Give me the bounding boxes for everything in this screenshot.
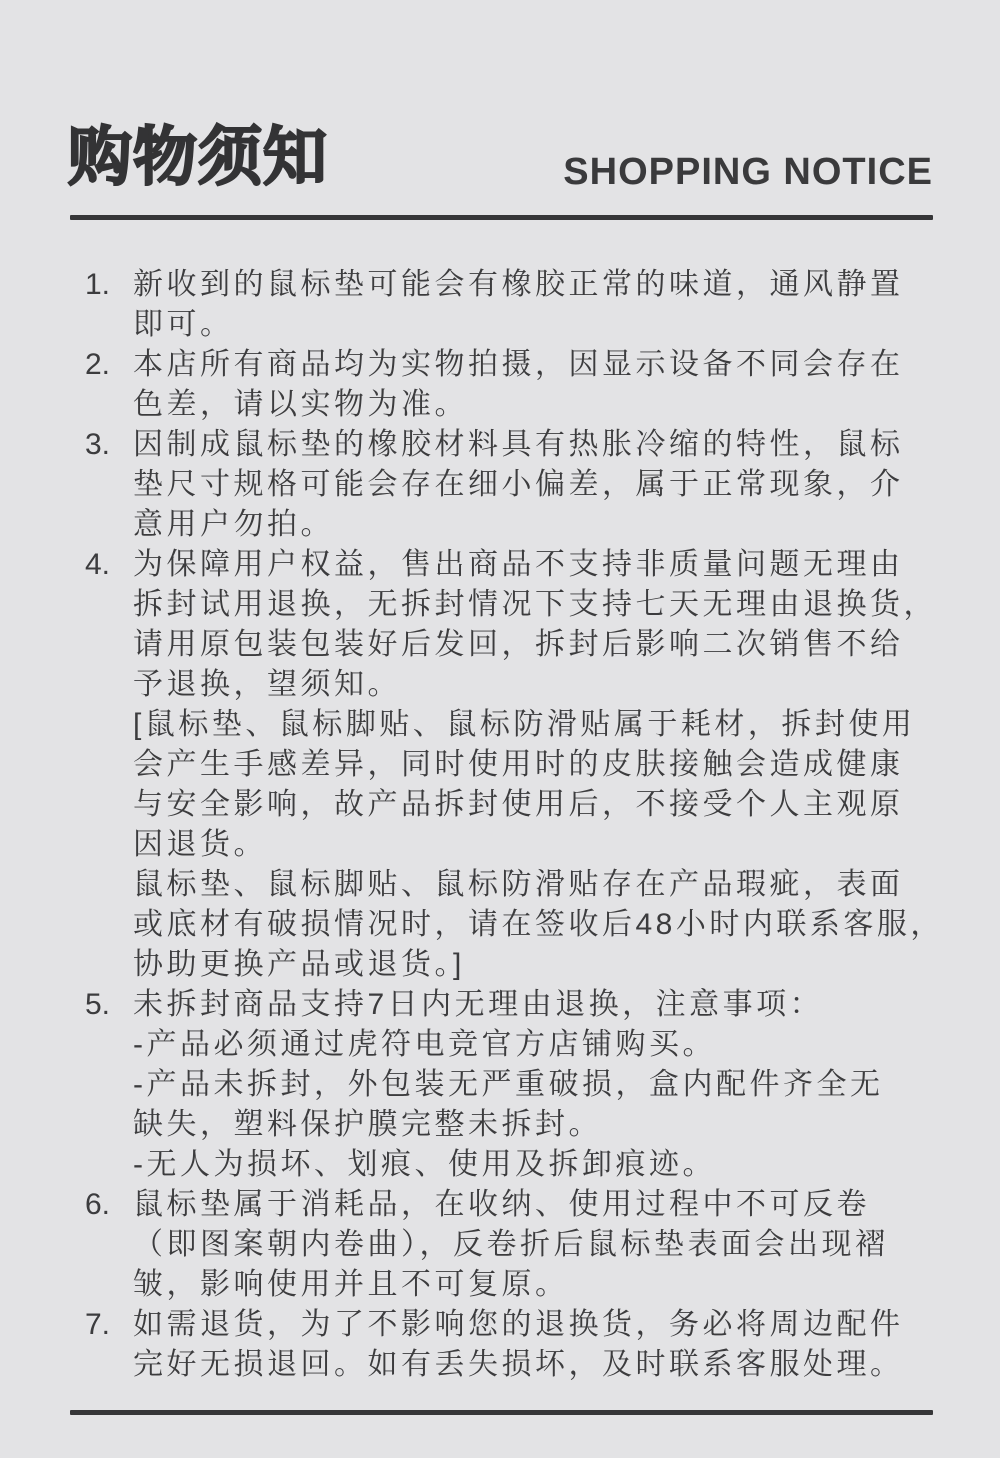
item-number: 2. — [85, 345, 133, 385]
list-item: 6.鼠标垫属于消耗品，在收纳、使用过程中不可反卷（即图案朝内卷曲），反卷折后鼠标… — [85, 1185, 1000, 1305]
item-line: 协助更换产品或退货。] — [133, 945, 1000, 985]
item-line: 皱，影响使用并且不可复原。 — [133, 1265, 1000, 1305]
item-line: 新收到的鼠标垫可能会有橡胶正常的味道，通风静置 — [133, 265, 1000, 305]
item-line: 为保障用户权益，售出商品不支持非质量问题无理由 — [133, 545, 1000, 585]
item-line: 予退换，望须知。 — [133, 665, 1000, 705]
item-line: -产品必须通过虎符电竞官方店铺购买。 — [133, 1025, 1000, 1065]
item-line: 色差，请以实物为准。 — [133, 385, 1000, 425]
item-line: 完好无损退回。如有丢失损坏，及时联系客服处理。 — [133, 1345, 1000, 1385]
item-line: 因退货。 — [133, 825, 1000, 865]
item-line: 拆封试用退换，无拆封情况下支持七天无理由退换货， — [133, 585, 1000, 625]
page-subtitle: SHOPPING NOTICE — [563, 150, 933, 194]
item-number: 3. — [85, 425, 133, 465]
list-item: 1.新收到的鼠标垫可能会有橡胶正常的味道，通风静置即可。 — [85, 265, 1000, 345]
item-line: 或底材有破损情况时，请在签收后48小时内联系客服， — [133, 905, 1000, 945]
item-line: 意用户勿拍。 — [133, 505, 1000, 545]
item-lines: 未拆封商品支持7日内无理由退换，注意事项：-产品必须通过虎符电竞官方店铺购买。-… — [133, 985, 1000, 1185]
notice-list: 1.新收到的鼠标垫可能会有橡胶正常的味道，通风静置即可。2.本店所有商品均为实物… — [0, 265, 1000, 1385]
item-number: 6. — [85, 1185, 133, 1225]
item-line: 会产生手感差异，同时使用时的皮肤接触会造成健康 — [133, 745, 1000, 785]
item-lines: 新收到的鼠标垫可能会有橡胶正常的味道，通风静置即可。 — [133, 265, 1000, 345]
title-divider — [70, 215, 933, 220]
item-line: 请用原包装包装好后发回，拆封后影响二次销售不给 — [133, 625, 1000, 665]
item-number: 7. — [85, 1305, 133, 1345]
item-line: 未拆封商品支持7日内无理由退换，注意事项： — [133, 985, 1000, 1025]
item-lines: 如需退货，为了不影响您的退换货，务必将周边配件完好无损退回。如有丢失损坏，及时联… — [133, 1305, 1000, 1385]
item-line: 鼠标垫属于消耗品，在收纳、使用过程中不可反卷 — [133, 1185, 1000, 1225]
list-item: 3.因制成鼠标垫的橡胶材料具有热胀冷缩的特性，鼠标垫尺寸规格可能会存在细小偏差，… — [85, 425, 1000, 545]
list-item: 7.如需退货，为了不影响您的退换货，务必将周边配件完好无损退回。如有丢失损坏，及… — [85, 1305, 1000, 1385]
item-line: 本店所有商品均为实物拍摄，因显示设备不同会存在 — [133, 345, 1000, 385]
list-item: 4.为保障用户权益，售出商品不支持非质量问题无理由拆封试用退换，无拆封情况下支持… — [85, 545, 1000, 985]
footer-divider — [70, 1410, 933, 1415]
item-line: -无人为损坏、划痕、使用及拆卸痕迹。 — [133, 1145, 1000, 1185]
item-line: 鼠标垫、鼠标脚贴、鼠标防滑贴存在产品瑕疵，表面 — [133, 865, 1000, 905]
item-line: （即图案朝内卷曲），反卷折后鼠标垫表面会出现褶 — [133, 1225, 1000, 1265]
item-line: -产品未拆封，外包装无严重破损，盒内配件齐全无 — [133, 1065, 1000, 1105]
list-item: 5.未拆封商品支持7日内无理由退换，注意事项：-产品必须通过虎符电竞官方店铺购买… — [85, 985, 1000, 1185]
item-line: 因制成鼠标垫的橡胶材料具有热胀冷缩的特性，鼠标 — [133, 425, 1000, 465]
item-lines: 为保障用户权益，售出商品不支持非质量问题无理由拆封试用退换，无拆封情况下支持七天… — [133, 545, 1000, 985]
item-line: [鼠标垫、鼠标脚贴、鼠标防滑贴属于耗材，拆封使用 — [133, 705, 1000, 745]
item-line: 如需退货，为了不影响您的退换货，务必将周边配件 — [133, 1305, 1000, 1345]
item-number: 5. — [85, 985, 133, 1025]
item-line: 即可。 — [133, 305, 1000, 345]
item-lines: 鼠标垫属于消耗品，在收纳、使用过程中不可反卷（即图案朝内卷曲），反卷折后鼠标垫表… — [133, 1185, 1000, 1305]
item-number: 1. — [85, 265, 133, 305]
item-line: 垫尺寸规格可能会存在细小偏差，属于正常现象，介 — [133, 465, 1000, 505]
item-number: 4. — [85, 545, 133, 585]
list-item: 2.本店所有商品均为实物拍摄，因显示设备不同会存在色差，请以实物为准。 — [85, 345, 1000, 425]
item-line: 与安全影响，故产品拆封使用后，不接受个人主观原 — [133, 785, 1000, 825]
item-lines: 本店所有商品均为实物拍摄，因显示设备不同会存在色差，请以实物为准。 — [133, 345, 1000, 425]
item-lines: 因制成鼠标垫的橡胶材料具有热胀冷缩的特性，鼠标垫尺寸规格可能会存在细小偏差，属于… — [133, 425, 1000, 545]
item-line: 缺失，塑料保护膜完整未拆封。 — [133, 1105, 1000, 1145]
page-title: 购物须知 — [68, 122, 328, 192]
